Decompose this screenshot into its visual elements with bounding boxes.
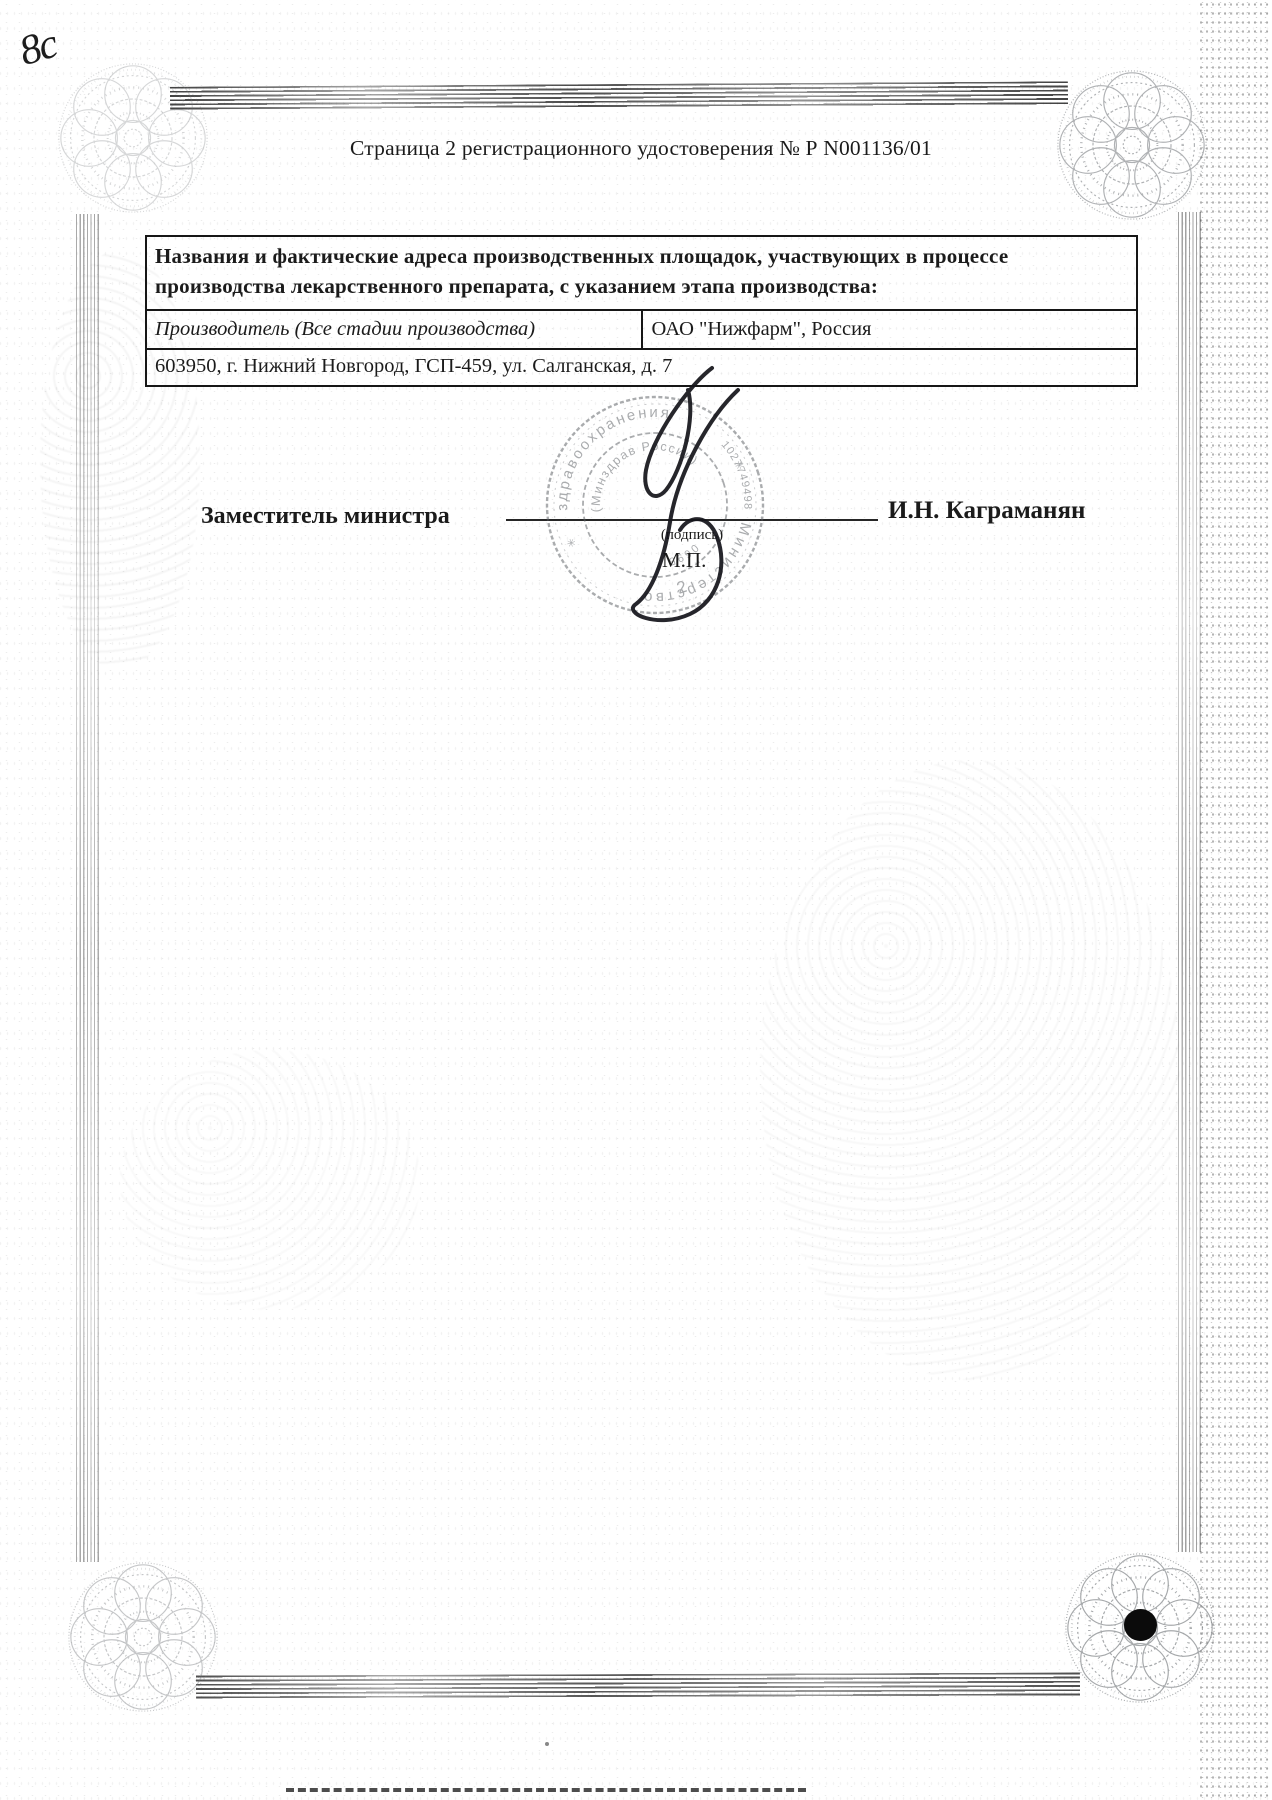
table-title-cell: Названия и фактические адреса производст… <box>146 236 1137 310</box>
pen-signature <box>560 352 780 642</box>
watermark-moire-center <box>760 760 1180 1380</box>
signer-name: И.Н. Каграманян <box>888 497 1118 525</box>
producer-value-cell: ОАО "Нижфарм", Россия <box>642 310 1138 349</box>
watermark-moire-lower <box>120 1050 420 1310</box>
scan-noise-right-edge <box>1198 0 1272 1800</box>
guilloche-border-top <box>170 81 1068 110</box>
signer-position-title: Заместитель министра <box>201 503 450 530</box>
page-header: Страница 2 регистрационного удостоверени… <box>146 136 1136 161</box>
bottom-dashed-line <box>286 1788 806 1792</box>
handwritten-mark: 8с <box>14 20 62 76</box>
guilloche-border-right <box>1178 212 1202 1552</box>
table-title-row: Названия и фактические адреса производст… <box>146 236 1137 310</box>
producer-row: Производитель (Все стадии производства) … <box>146 310 1137 349</box>
corner-rosette-bottom-left <box>65 1559 221 1715</box>
document-page: 8с Страница 2 регистрационного удостовер… <box>0 0 1272 1800</box>
stray-speck <box>545 1742 549 1746</box>
guilloche-border-left <box>76 214 100 1562</box>
guilloche-border-bottom <box>196 1672 1080 1699</box>
ink-blot-dot <box>1124 1609 1157 1641</box>
producer-label-cell: Производитель (Все стадии производства) <box>146 310 642 349</box>
